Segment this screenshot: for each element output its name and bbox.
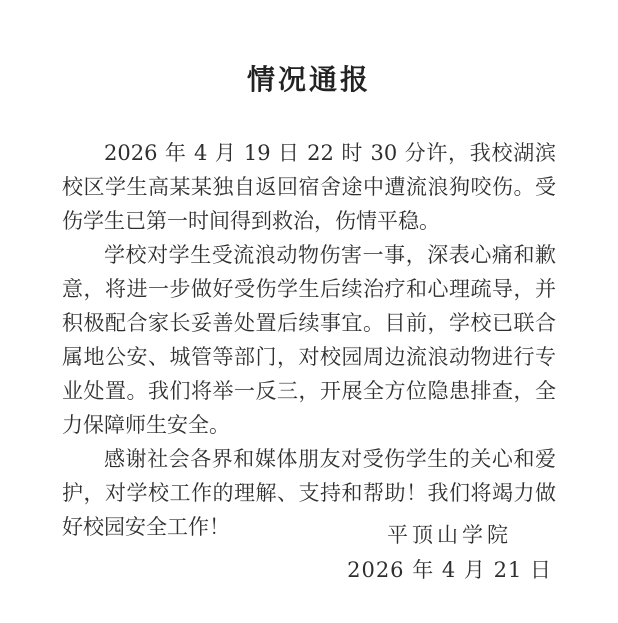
signature-issuer: 平顶山学院 [347,518,552,553]
body-paragraph-incident: 2026 年 4 月 19 日 22 时 30 分许，我校湖滨校区学生高某某独自… [62,136,556,238]
document-body: 2026 年 4 月 19 日 22 时 30 分许，我校湖滨校区学生高某某独自… [62,136,556,544]
document-title: 情况通报 [0,0,618,98]
signature-date: 2026 年 4 月 21 日 [347,553,552,588]
notice-document: 情况通报 2026 年 4 月 19 日 22 时 30 分许，我校湖滨校区学生… [0,0,618,623]
signature-block: 平顶山学院 2026 年 4 月 21 日 [347,518,552,588]
body-paragraph-response: 学校对学生受流浪动物伤害一事，深表心痛和歉意，将进一步做好受伤学生后续治疗和心理… [62,238,556,442]
